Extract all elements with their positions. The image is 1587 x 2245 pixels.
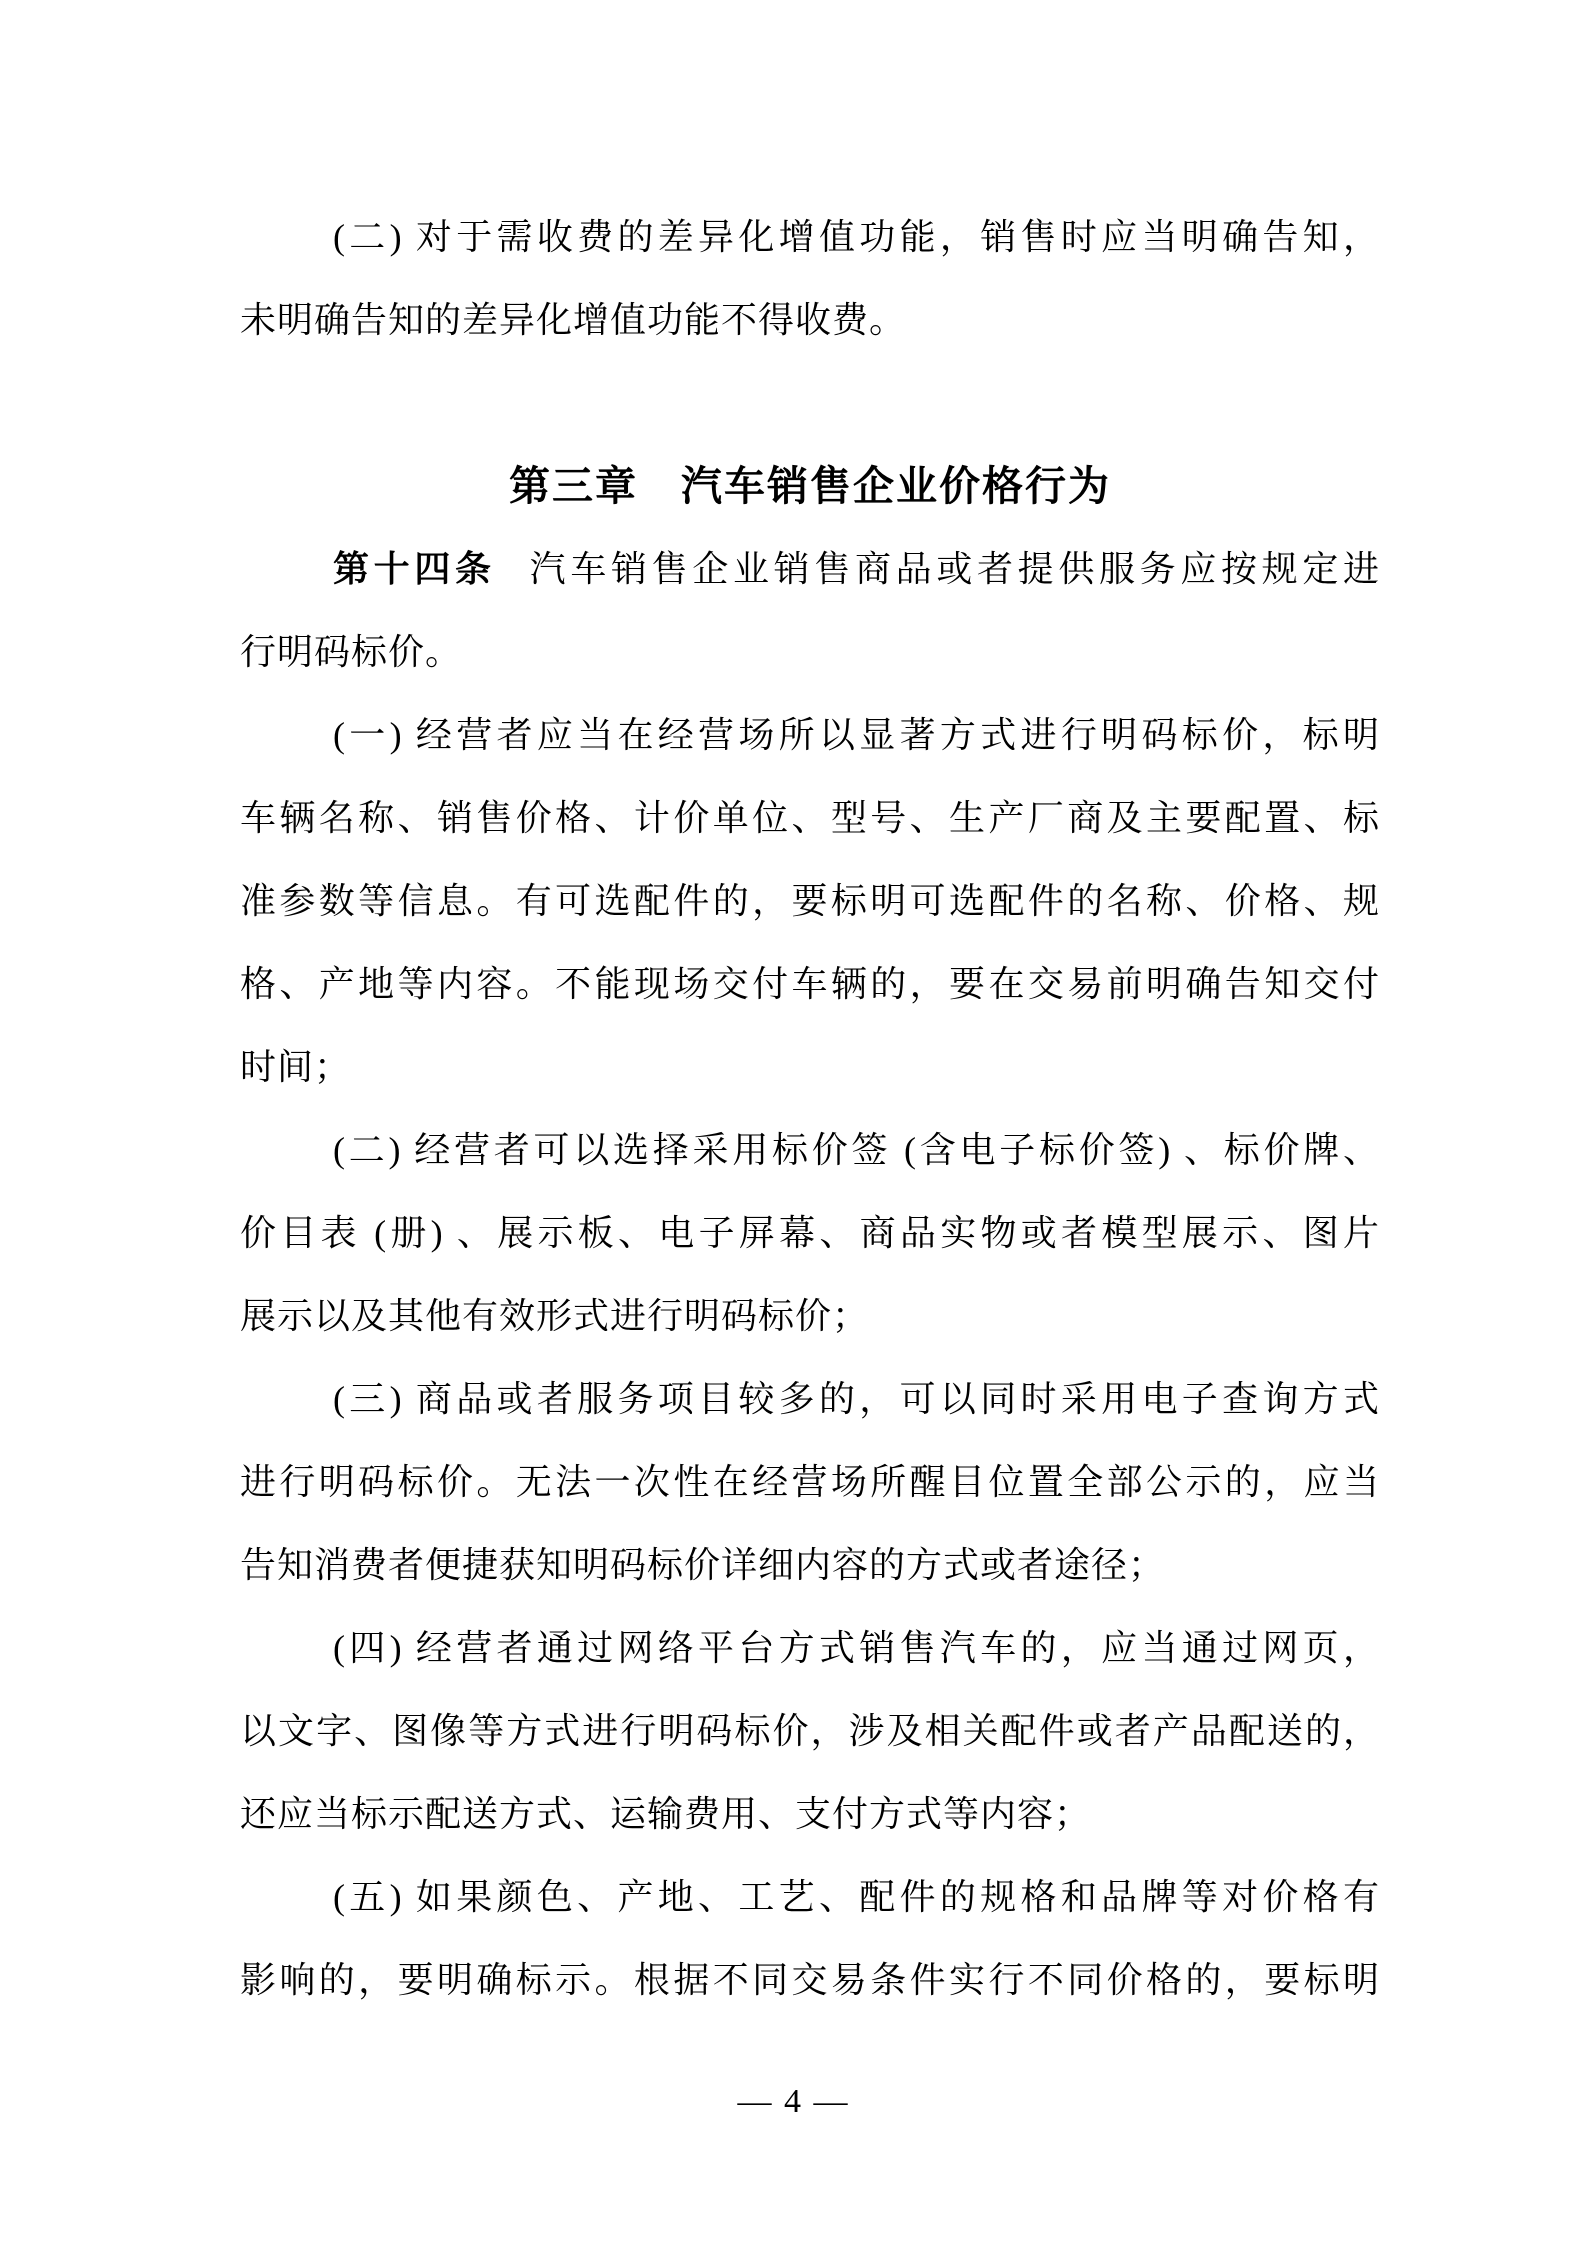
text-line: 价目表 (册) 、展示板、电子屏幕、商品实物或者模型展示、图片 — [240, 1192, 1380, 1275]
text-line: 告知消费者便捷获知明码标价详细内容的方式或者途径； — [240, 1524, 1380, 1607]
article-lead-text: 汽车销售企业销售商品或者提供服务应按规定进 — [530, 549, 1380, 589]
text-line: (三) 商品或者服务项目较多的，可以同时采用电子查询方式 — [240, 1358, 1380, 1441]
article-number-label: 第十四条 — [333, 549, 496, 589]
text-line: 进行明码标价。无法一次性在经营场所醒目位置全部公示的，应当 — [240, 1441, 1380, 1524]
text-line: 行明码标价。 — [240, 611, 1380, 694]
text-line: 以文字、图像等方式进行明码标价，涉及相关配件或者产品配送的， — [240, 1690, 1380, 1773]
text-line: (二) 对于需收费的差异化增值功能，销售时应当明确告知， — [240, 196, 1380, 279]
text-line: (四) 经营者通过网络平台方式销售汽车的，应当通过网页， — [240, 1607, 1380, 1690]
text-line: 未明确告知的差异化增值功能不得收费。 — [240, 279, 1380, 362]
text-line: 第十四条汽车销售企业销售商品或者提供服务应按规定进 — [240, 528, 1380, 611]
blank-line — [240, 362, 1380, 445]
text-line: 时间； — [240, 1026, 1380, 1109]
text-line: (五) 如果颜色、产地、工艺、配件的规格和品牌等对价格有 — [240, 1856, 1380, 1939]
text-line: (二) 经营者可以选择采用标价签 (含电子标价签) 、标价牌、 — [240, 1109, 1380, 1192]
text-line: 展示以及其他有效形式进行明码标价； — [240, 1275, 1380, 1358]
text-line: 还应当标示配送方式、运输费用、支付方式等内容； — [240, 1773, 1380, 1856]
text-line: 影响的，要明确标示。根据不同交易条件实行不同价格的，要标明 — [240, 1939, 1380, 2022]
text-line: 格、产地等内容。不能现场交付车辆的，要在交易前明确告知交付 — [240, 943, 1380, 1026]
text-line: 车辆名称、销售价格、计价单位、型号、生产厂商及主要配置、标 — [240, 777, 1380, 860]
document-page: (二) 对于需收费的差异化增值功能，销售时应当明确告知， 未明确告知的差异化增值… — [0, 0, 1587, 2245]
chapter-heading: 第三章 汽车销售企业价格行为 — [240, 445, 1380, 528]
document-body: (二) 对于需收费的差异化增值功能，销售时应当明确告知， 未明确告知的差异化增值… — [240, 196, 1380, 2022]
page-number: — 4 — — [0, 2072, 1587, 2132]
text-line: (一) 经营者应当在经营场所以显著方式进行明码标价，标明 — [240, 694, 1380, 777]
text-line: 准参数等信息。有可选配件的，要标明可选配件的名称、价格、规 — [240, 860, 1380, 943]
